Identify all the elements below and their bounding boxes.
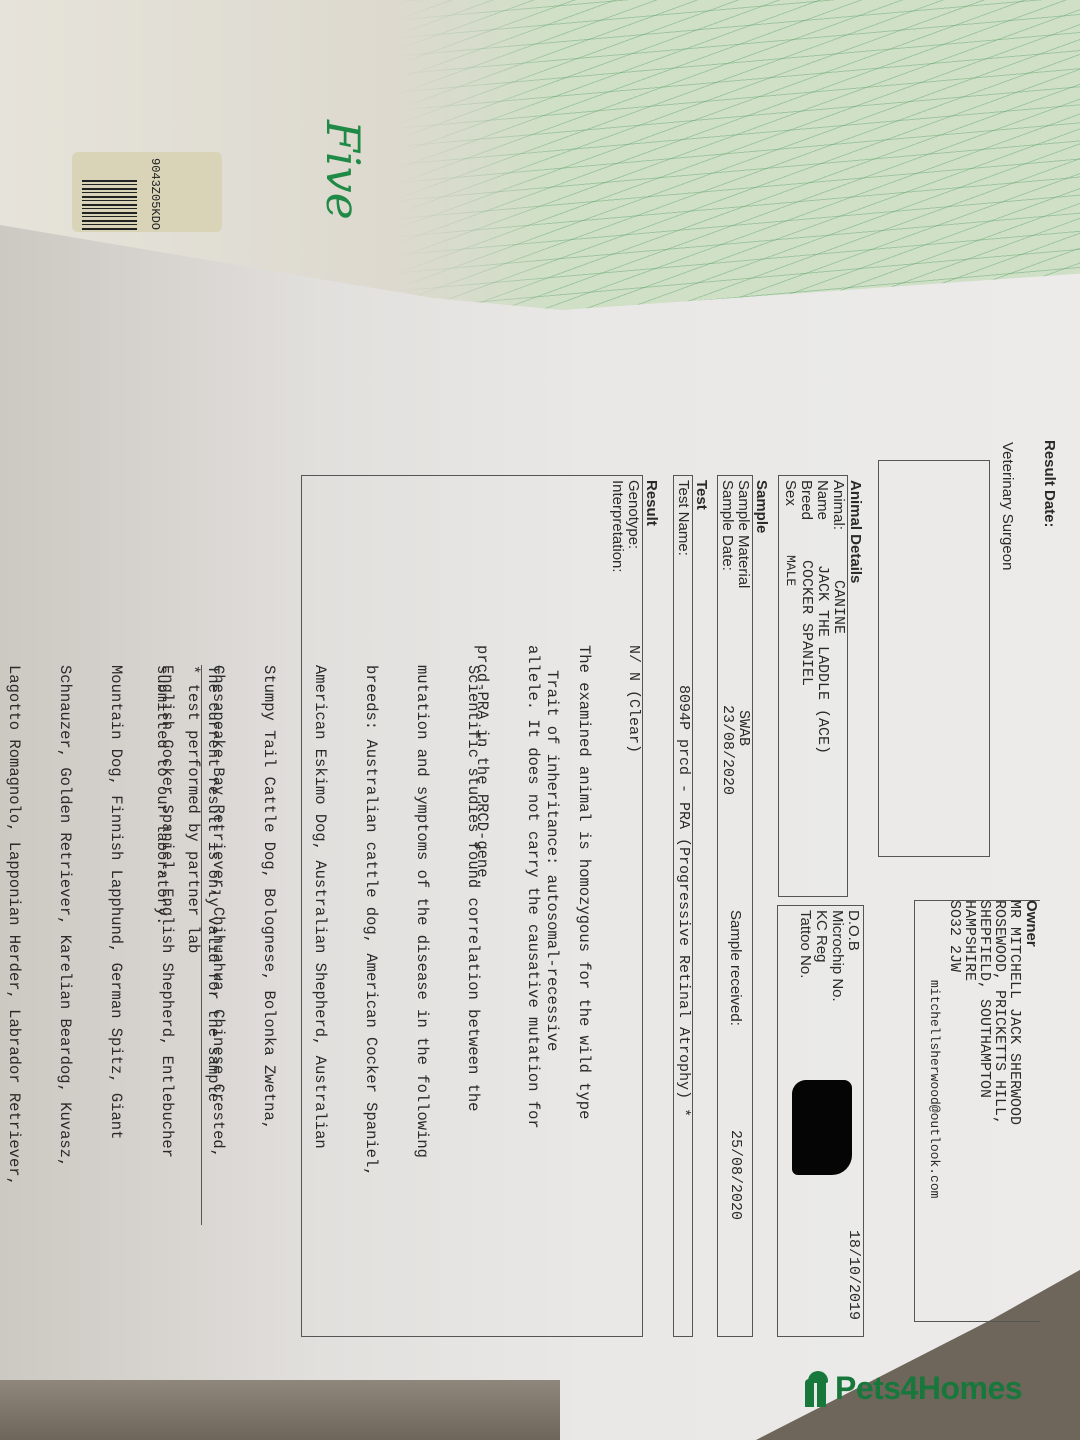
barcode-number: 9043Z05KDO — [148, 158, 162, 230]
owner-line: SO32 2JW — [947, 900, 962, 1125]
kc-reg-label: KC Reg — [813, 910, 830, 963]
studies-text: Scientific studies found correlation bet… — [0, 665, 515, 1186]
owner-line: SHEPFIELD, SOUTHAMPTON — [977, 900, 992, 1125]
veterinary-surgeon-label: Veterinary Surgeon — [999, 442, 1016, 570]
table-surface — [0, 1380, 560, 1440]
breed-value: COCKER SPANIEL — [798, 560, 815, 686]
interpretation-line: allele. It does not carry the causative … — [524, 645, 541, 1129]
interpretation-label: Interpretation: — [609, 480, 626, 573]
barcode-icon — [82, 180, 137, 232]
result-date-label: Result Date: — [1041, 440, 1058, 528]
genotype-label: Genotype: — [625, 480, 642, 549]
studies-line: breeds: Australian cattle dog, American … — [362, 665, 379, 1186]
owner-email: mitchellsherwood@outlook.com — [927, 980, 942, 1198]
test-name-label: Test Name: — [675, 480, 692, 556]
sample-material-value: SWAB — [735, 710, 752, 746]
animal-details-heading: Animal Details — [847, 480, 864, 583]
result-heading: Result — [643, 480, 660, 526]
animal-value: CANINE — [830, 580, 847, 634]
sex-label: Sex — [782, 480, 799, 506]
genotype-value: N/ N (Clear) — [625, 645, 642, 753]
studies-line: Schnauzer, Golden Retriever, Karelian Be… — [56, 665, 73, 1186]
inheritance-text: Trait of inheritance: autosomal-recessiv… — [543, 670, 560, 1051]
sample-material-label: Sample Material — [735, 480, 752, 588]
sample-date-value: 23/08/2020 — [719, 705, 736, 795]
watermark-text: Pets4Homes — [835, 1370, 1022, 1407]
owner-line: HAMPSHIRE — [962, 900, 977, 1125]
name-value: JACK THE LADDLE (ACE) — [814, 565, 831, 754]
sample-heading: Sample — [753, 480, 770, 533]
barcode-sticker: 9043Z05KDO — [72, 152, 222, 232]
studies-line: American Eskimo Dog, Australian Shepherd… — [311, 665, 328, 1186]
studies-line: Lagotto Romagnolo, Lapponian Herder, Lab… — [5, 665, 22, 1186]
sample-received-label: Sample received: — [727, 910, 744, 1026]
dob-label: D.O.B — [845, 910, 862, 951]
interpretation-line: The examined animal is homozygous for th… — [575, 645, 592, 1129]
sample-received-value: 25/08/2020 — [727, 1130, 744, 1220]
owner-line: ROSEWOOD, PRICKETTS HILL, — [992, 900, 1007, 1125]
studies-line: Stumpy Tail Cattle Dog, Bolognese, Bolon… — [260, 665, 277, 1186]
pets4homes-watermark: Pets4Homes — [805, 1370, 1022, 1407]
sex-value: MALE — [783, 555, 798, 586]
tattoo-label: Tattoo No. — [797, 910, 814, 978]
animal-label: Animal: — [830, 480, 847, 530]
envelope-brand-text: Five — [316, 120, 370, 220]
test-name-value: 8094P prcd - PRA (Progressive Retinal At… — [675, 685, 692, 1117]
lab-result-document: Result Date: Veterinary Surgeon Owner MR… — [60, 440, 1060, 1340]
owner-label: Owner — [1023, 900, 1040, 947]
name-label: Name — [814, 480, 831, 520]
pets4homes-logo-icon — [805, 1371, 831, 1407]
validity-line: submitted to our laboratory. — [153, 665, 170, 1102]
breed-label: Breed — [798, 480, 815, 520]
footnote: * test performed by partner lab — [184, 665, 202, 1225]
veterinary-surgeon-box — [878, 460, 990, 857]
redacted-ids — [792, 1080, 852, 1175]
studies-line: mutation and symptoms of the disease in … — [413, 665, 430, 1186]
validity-line: The current result is only valid for the… — [204, 665, 221, 1102]
test-heading: Test — [693, 480, 710, 510]
owner-address: MR MITCHELL JACK SHERWOOD ROSEWOOD, PRIC… — [947, 900, 1022, 1125]
sample-date-label: Sample Date: — [719, 480, 736, 571]
dob-value: 18/10/2019 — [845, 1230, 862, 1320]
studies-line: Scientific studies found correlation bet… — [464, 665, 481, 1186]
microchip-label: Microchip No. — [829, 910, 846, 1002]
owner-line: MR MITCHELL JACK SHERWOOD — [1007, 900, 1022, 1125]
